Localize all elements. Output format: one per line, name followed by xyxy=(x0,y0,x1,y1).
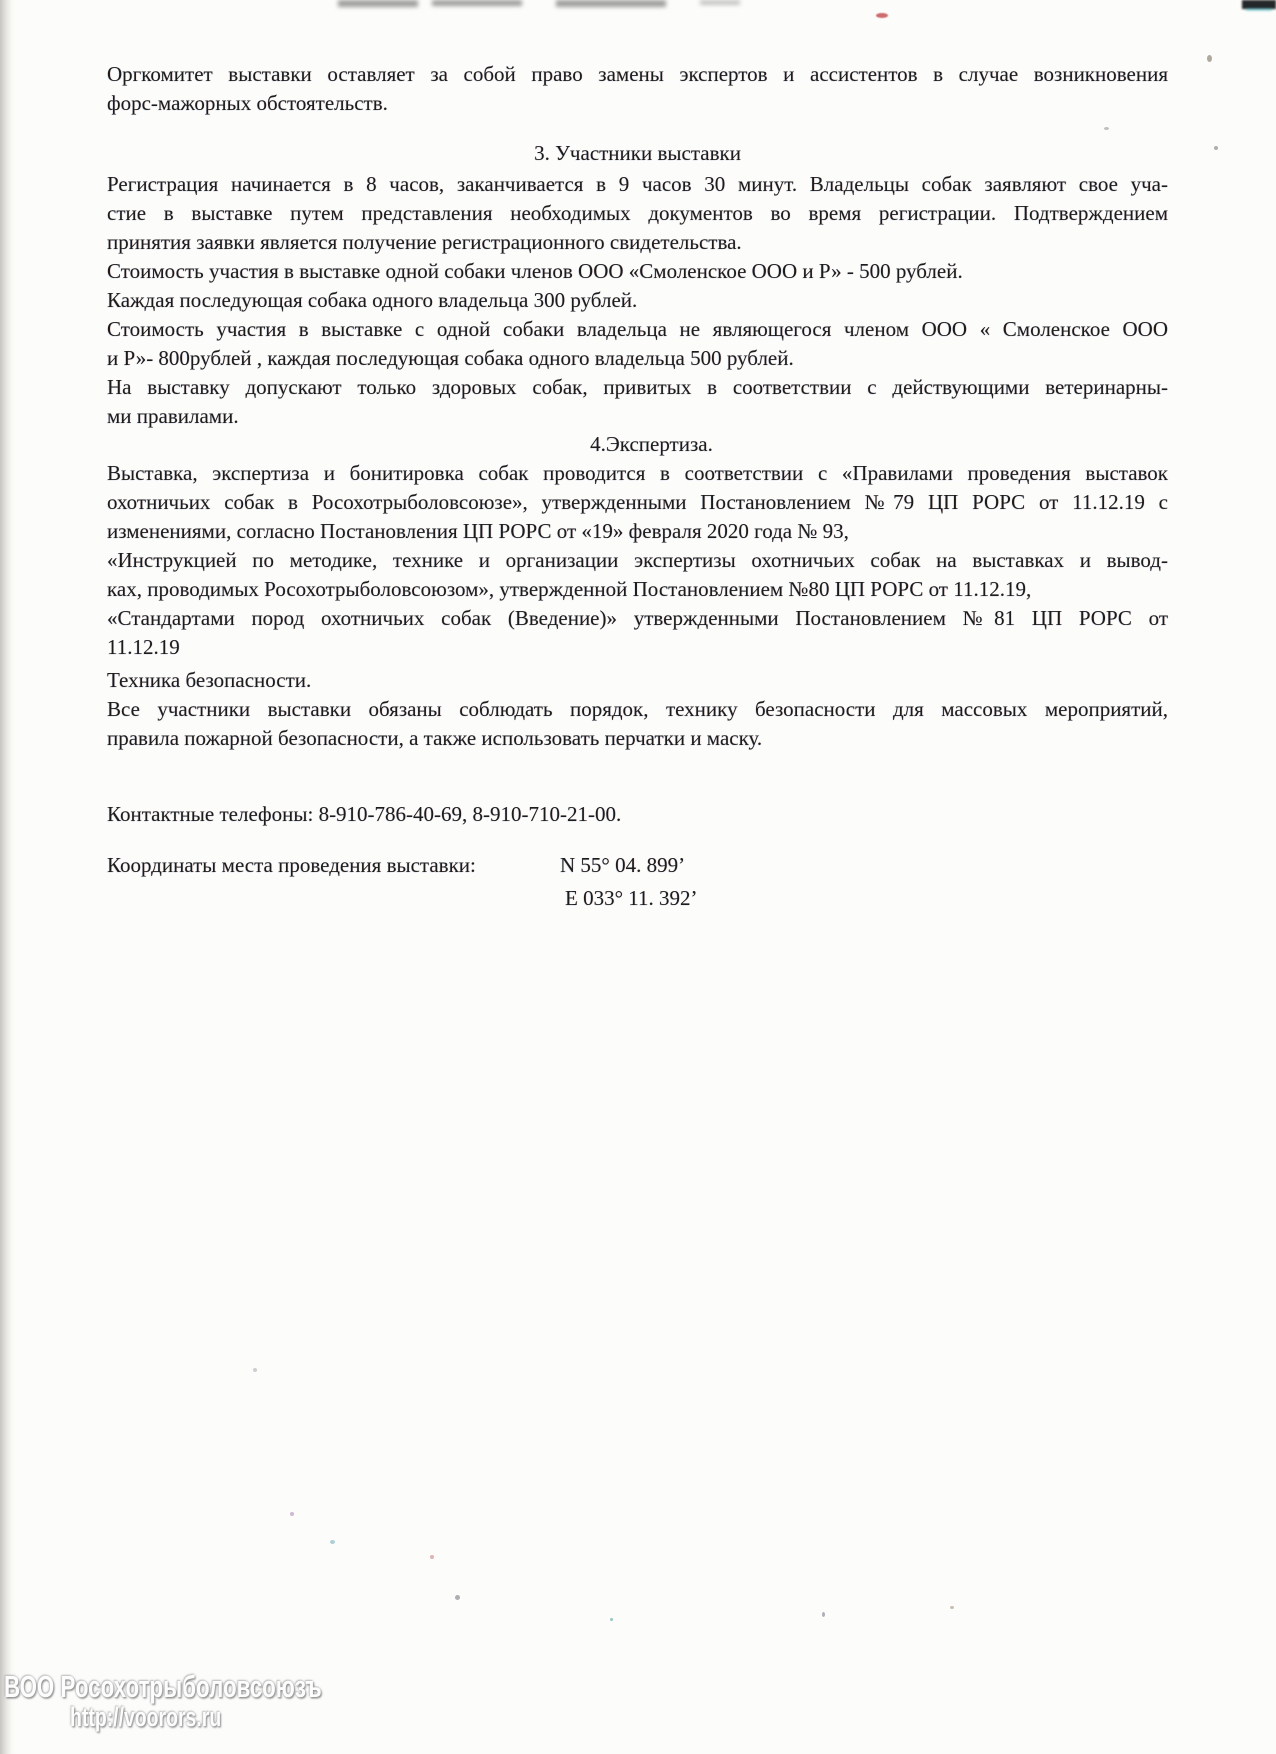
text-line: Оргкомитет выставки оставляет за собой п… xyxy=(107,60,1168,89)
paragraph-expertise-rules: Выставка, экспертиза и бонитировка собак… xyxy=(107,459,1168,546)
line-cost-member: Стоимость участия в выставке одной собак… xyxy=(107,257,1168,286)
scan-corner-mark xyxy=(1246,8,1272,11)
dust-speck xyxy=(1207,55,1212,62)
scan-smudge xyxy=(556,0,666,7)
text-line: Регистрация начинается в 8 часов, заканч… xyxy=(107,170,1168,199)
line-next-dog-cost: Каждая последующая собака одного владель… xyxy=(107,286,1168,315)
paragraph-safety: Все участники выставки обязаны соблюдать… xyxy=(107,695,1168,753)
paragraph-instruction: «Инструкцией по методике, технике и орга… xyxy=(107,546,1168,604)
text-line: ках, проводимых Росохотрыболовсоюзом», у… xyxy=(107,575,1168,604)
text-line: Каждая последующая собака одного владель… xyxy=(107,286,1168,315)
paragraph-cost-nonmember: Стоимость участия в выставке с одной соб… xyxy=(107,315,1168,373)
section-3-heading: 3. Участники выставки xyxy=(107,139,1240,168)
watermark-url: http://voorors.ru xyxy=(70,1702,221,1733)
coordinates-label: Координаты места проведения выставки: xyxy=(107,851,567,880)
text-line: охотничьих собак в Росохотрыболовсоюзе»,… xyxy=(107,488,1168,517)
red-speck xyxy=(876,13,888,18)
dust-speck xyxy=(610,1618,613,1621)
text-line: и Р»- 800рублей , каждая последующая соб… xyxy=(107,344,1168,373)
paragraph-vet-rules: На выставку допускают только здоровых со… xyxy=(107,373,1168,431)
text-line: «Стандартами пород охотничьих собак (Вве… xyxy=(107,604,1168,633)
text-line: изменениями, согласно Постановления ЦП Р… xyxy=(107,517,1168,546)
scanned-document-page: Оргкомитет выставки оставляет за собой п… xyxy=(0,0,1276,1754)
safety-title: Техника безопасности. xyxy=(107,666,1168,695)
scan-smudge xyxy=(700,0,740,5)
text-line: принятия заявки является получение регис… xyxy=(107,228,1168,257)
scan-smudge xyxy=(432,0,522,6)
contact-phones: Контактные телефоны: 8-910-786-40-69, 8-… xyxy=(107,800,1168,829)
text-line: Стоимость участия в выставке одной собак… xyxy=(107,257,1168,286)
coordinate-east: E 033° 11. 392’ xyxy=(565,884,865,913)
text-line: 11.12.19 xyxy=(107,633,1168,662)
dust-speck xyxy=(290,1512,294,1516)
text-line: форс-мажорных обстоятельств. xyxy=(107,89,1168,118)
dust-speck xyxy=(1104,127,1109,130)
section-4-heading: 4.Экспертиза. xyxy=(107,430,1182,459)
paragraph-registration: Регистрация начинается в 8 часов, заканч… xyxy=(107,170,1168,257)
dust-speck xyxy=(330,1540,335,1544)
text-line: Все участники выставки обязаны соблюдать… xyxy=(107,695,1168,724)
text-line: «Инструкцией по методике, технике и орга… xyxy=(107,546,1168,575)
text-line: стие в выставке путем представления необ… xyxy=(107,199,1168,228)
dust-speck xyxy=(455,1595,460,1600)
scan-left-edge-shadow xyxy=(0,0,16,1754)
paragraph-standards: «Стандартами пород охотничьих собак (Вве… xyxy=(107,604,1168,662)
paragraph-force-majeure: Оргкомитет выставки оставляет за собой п… xyxy=(107,60,1168,118)
text-line: правила пожарной безопасности, а также и… xyxy=(107,724,1168,753)
text-line: На выставку допускают только здоровых со… xyxy=(107,373,1168,402)
coordinate-north: N 55° 04. 899’ xyxy=(560,851,860,880)
dust-speck xyxy=(822,1612,825,1617)
dust-speck xyxy=(950,1606,954,1609)
text-line: Выставка, экспертиза и бонитировка собак… xyxy=(107,459,1168,488)
scan-smudge xyxy=(338,0,418,7)
text-line: Стоимость участия в выставке с одной соб… xyxy=(107,315,1168,344)
dust-speck xyxy=(430,1555,434,1559)
dust-speck xyxy=(253,1368,257,1372)
text-line: ми правилами. xyxy=(107,402,1168,431)
watermark-organization: ВОО Росохотрыболовсоюзъ xyxy=(4,1669,322,1705)
